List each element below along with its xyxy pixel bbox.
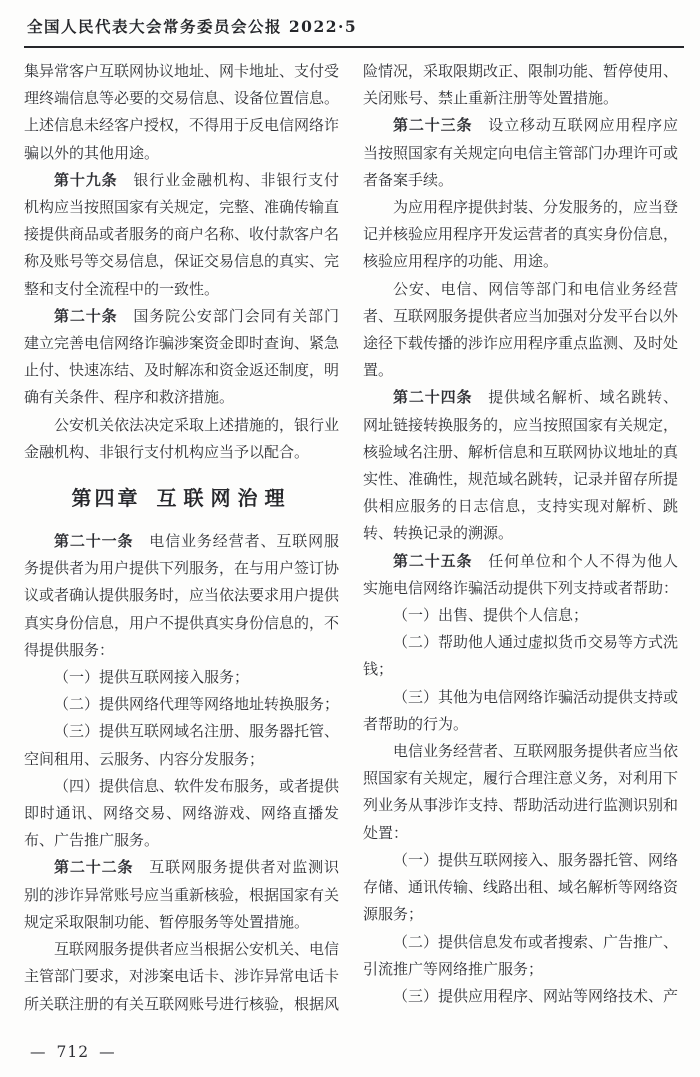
column-right: 险情况，采取限期改正、限制功能、暂停使用、关闭账号、禁止重新注册等处置措施。第二…	[363, 58, 678, 1018]
paragraph: （三）提供应用程序、网站等网络技术、产	[363, 983, 678, 1010]
paragraph: 集异常客户互联网协议地址、网卡地址、支付受理终端信息等必要的交易信息、设备位置信…	[24, 58, 339, 167]
chapter-number: 第四章	[72, 486, 141, 510]
article-paragraph: 第二十二条 互联网服务提供者对监测识别的涉诈异常账号应当重新核验，根据国家有关规…	[24, 854, 339, 936]
article-paragraph: 第二十三条 设立移动互联网应用程序应当按照国家有关规定向电信主管部门办理许可或者…	[363, 112, 678, 194]
paragraph: （三）其他为电信网络诈骗活动提供支持或者帮助的行为。	[363, 684, 678, 738]
paragraph: （二）提供网络代理等网络地址转换服务；	[24, 691, 339, 718]
paragraph: 电信业务经营者、互联网服务提供者应当依照国家有关规定，履行合理注意义务，对利用下…	[363, 738, 678, 847]
paragraph: （二）帮助他人通过虚拟货币交易等方式洗钱；	[363, 629, 678, 683]
article-number: 第二十条	[54, 307, 118, 325]
paragraph: 互联网服务提供者应当根据公安机关、电信主管部门要求，对涉案电话卡、涉诈异常电话卡…	[24, 936, 339, 1018]
paragraph: （三）提供互联网域名注册、服务器托管、空间租用、云服务、内容分发服务；	[24, 718, 339, 772]
article-number: 第十九条	[54, 171, 118, 189]
paragraph: 为应用程序提供封装、分发服务的，应当登记并核验应用程序开发运营者的真实身份信息，…	[363, 194, 678, 276]
chapter-heading: 第四章互联网治理	[24, 484, 339, 512]
article-number: 第二十二条	[54, 858, 133, 876]
article-paragraph: 第二十五条 任何单位和个人不得为他人实施电信网络诈骗活动提供下列支持或者帮助：	[363, 548, 678, 602]
chapter-title: 互联网治理	[157, 486, 292, 510]
footer-dash-right: —	[99, 1043, 116, 1061]
article-number: 第二十五条	[393, 552, 472, 570]
article-number: 第二十三条	[393, 116, 472, 134]
paragraph: 险情况，采取限期改正、限制功能、暂停使用、关闭账号、禁止重新注册等处置措施。	[363, 58, 678, 112]
page-header: 全国人民代表大会常务委员会公报 2022·5	[24, 0, 684, 48]
article-number: 第二十一条	[54, 532, 133, 550]
footer-dash-left: —	[30, 1043, 47, 1061]
article-paragraph: 第二十条 国务院公安部门会同有关部门建立完善电信网络诈骗涉案资金即时查询、紧急止…	[24, 303, 339, 412]
paragraph: （一）提供互联网接入、服务器托管、网络存储、通讯传输、线路出租、域名解析等网络资…	[363, 847, 678, 929]
article-paragraph: 第二十四条 提供域名解析、域名跳转、网址链接转换服务的，应当按照国家有关规定，核…	[363, 384, 678, 547]
paragraph: （四）提供信息、软件发布服务，或者提供即时通讯、网络交易、网络游戏、网络直播发布…	[24, 773, 339, 855]
paragraph: （二）提供信息发布或者搜索、广告推广、引流推广等网络推广服务；	[363, 929, 678, 983]
gazette-header-title: 全国人民代表大会常务委员会公报 2022·5	[27, 17, 357, 36]
two-column-body: 集异常客户互联网协议地址、网卡地址、支付受理终端信息等必要的交易信息、设备位置信…	[0, 48, 700, 1018]
paragraph: （一）提供互联网接入服务；	[24, 664, 339, 691]
paragraph: 公安、电信、网信等部门和电信业务经营者、互联网服务提供者应当加强对分发平台以外途…	[363, 276, 678, 385]
article-number: 第二十四条	[393, 388, 472, 406]
paragraph: 公安机关依法决定采取上述措施的，银行业金融机构、非银行支付机构应当予以配合。	[24, 412, 339, 466]
article-paragraph: 第二十一条 电信业务经营者、互联网服务提供者为用户提供下列服务，在与用户签订协议…	[24, 528, 339, 664]
page-number: 712	[47, 1043, 100, 1061]
paragraph: （一）出售、提供个人信息；	[363, 602, 678, 629]
gazette-page: 全国人民代表大会常务委员会公报 2022·5 集异常客户互联网协议地址、网卡地址…	[0, 0, 700, 1077]
article-paragraph: 第十九条 银行业金融机构、非银行支付机构应当按照国家有关规定，完整、准确传输直接…	[24, 167, 339, 303]
page-footer: —712—	[30, 1043, 116, 1061]
column-left: 集异常客户互联网协议地址、网卡地址、支付受理终端信息等必要的交易信息、设备位置信…	[24, 58, 339, 1018]
